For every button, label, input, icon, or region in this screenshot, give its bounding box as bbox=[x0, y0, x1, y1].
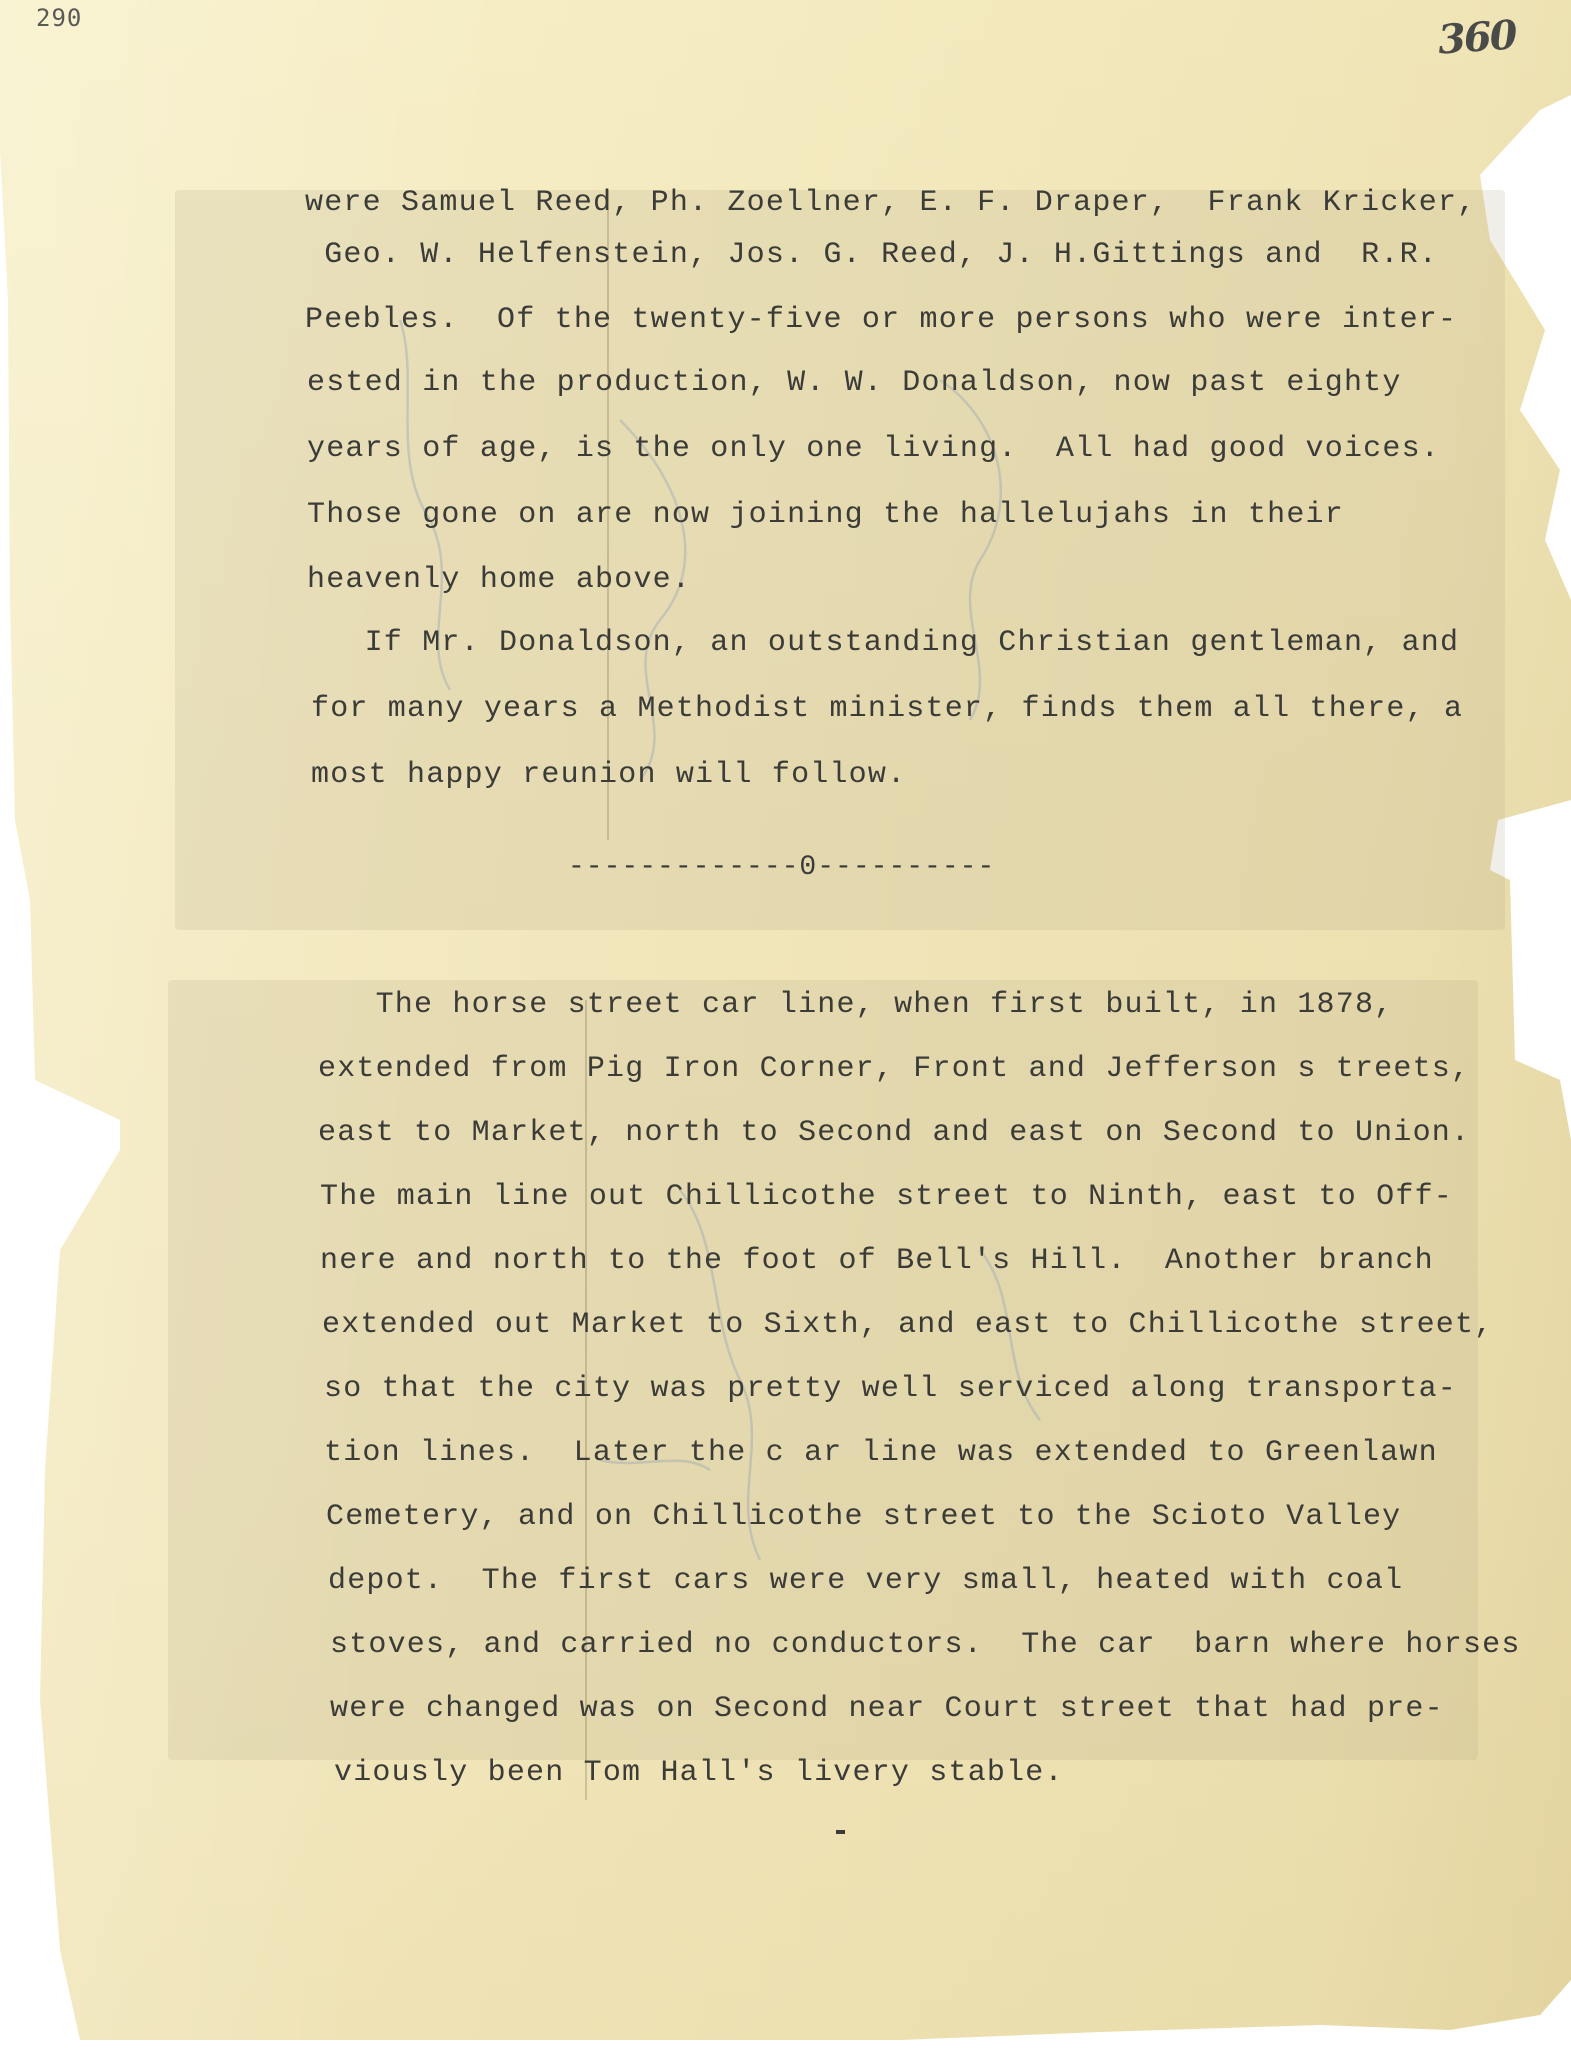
text-line: most happy reunion will follow. bbox=[311, 760, 906, 790]
text-line: were changed was on Second near Court st… bbox=[330, 1694, 1444, 1724]
text-line: nere and north to the foot of Bell's Hil… bbox=[320, 1246, 1434, 1276]
text-line: Those gone on are now joining the hallel… bbox=[307, 500, 1344, 530]
text-line: east to Market, north to Second and east… bbox=[318, 1118, 1470, 1148]
text-line: Geo. W. Helfenstein, Jos. G. Reed, J. H.… bbox=[305, 240, 1438, 270]
text-line: Cemetery, and on Chillicothe street to t… bbox=[326, 1502, 1401, 1532]
text-line: ested in the production, W. W. Donaldson… bbox=[307, 368, 1402, 398]
scanned-page: 290 360 were Samuel Reed, Ph. Zoellner, … bbox=[0, 0, 1571, 2048]
text-line: depot. The first cars were very small, h… bbox=[328, 1566, 1403, 1596]
page-number: 290 bbox=[36, 4, 82, 32]
bottom-dash-mark bbox=[836, 1830, 845, 1834]
text-line: so that the city was pretty well service… bbox=[324, 1374, 1457, 1404]
text-line: were Samuel Reed, Ph. Zoellner, E. F. Dr… bbox=[305, 188, 1476, 218]
text-line: years of age, is the only one living. Al… bbox=[307, 434, 1440, 464]
text-line: The main line out Chillicothe street to … bbox=[320, 1182, 1453, 1212]
text-line: viously been Tom Hall's livery stable. bbox=[334, 1758, 1064, 1788]
text-line: heavenly home above. bbox=[307, 565, 691, 595]
section-divider: -------------0---------- bbox=[568, 852, 995, 883]
text-line: stoves, and carried no conductors. The c… bbox=[330, 1630, 1521, 1660]
text-line: extended from Pig Iron Corner, Front and… bbox=[318, 1054, 1470, 1084]
text-line: Peebles. Of the twenty-five or more pers… bbox=[305, 305, 1457, 335]
text-line: tion lines. Later the c ar line was exte… bbox=[324, 1438, 1438, 1468]
handwritten-page-number: 360 bbox=[1436, 11, 1517, 63]
pasted-clipping-top bbox=[175, 190, 1505, 930]
text-line: The horse street car line, when first bu… bbox=[318, 990, 1393, 1020]
text-line: If Mr. Donaldson, an outstanding Christi… bbox=[307, 628, 1459, 658]
text-line: for many years a Methodist minister, fin… bbox=[311, 694, 1463, 724]
text-line: extended out Market to Sixth, and east t… bbox=[322, 1310, 1493, 1340]
